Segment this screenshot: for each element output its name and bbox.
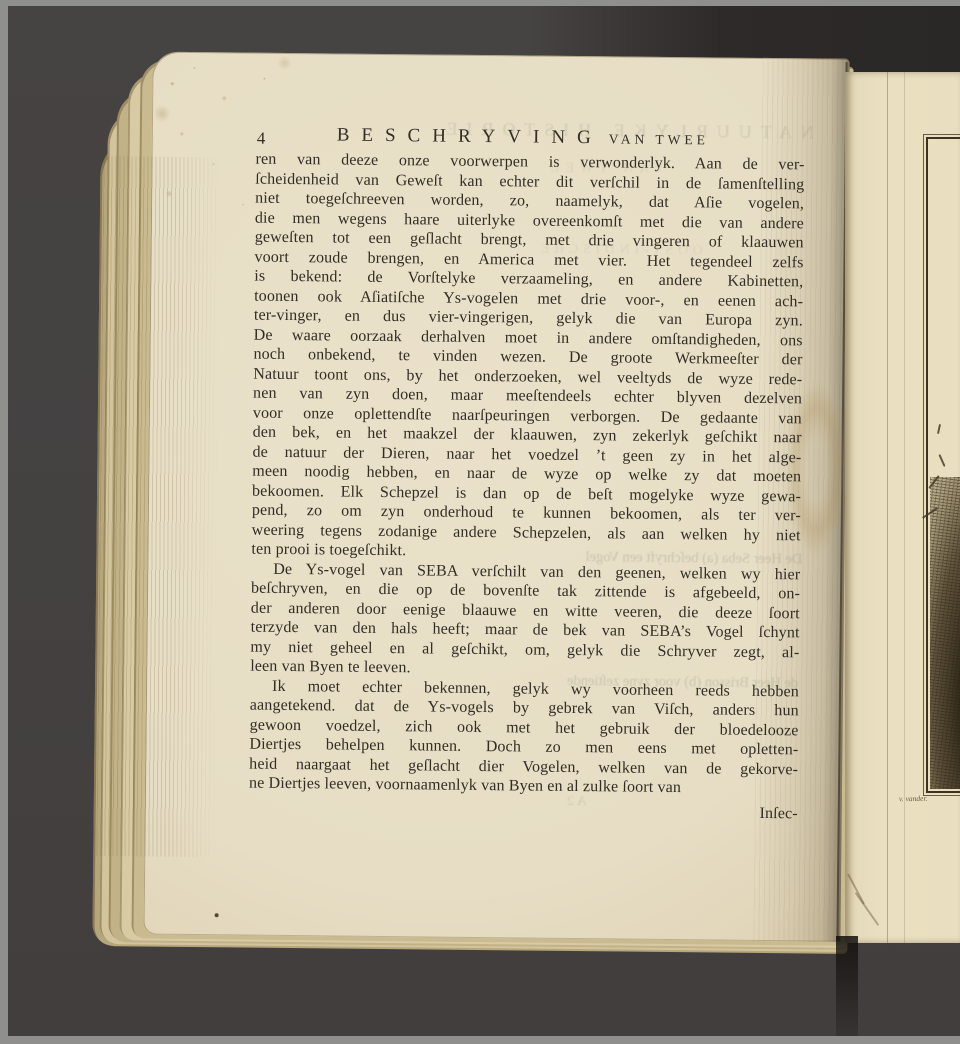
plate-frame	[923, 134, 960, 796]
gutter-shadow-bottom	[836, 936, 858, 1036]
page-fore-edge-texture	[96, 156, 221, 857]
page-crease	[855, 892, 880, 926]
scanned-book-photo: NATUURLYKE HISTORIE VAN TWEE OOST-INDISC…	[0, 0, 960, 1044]
plate-engraving	[930, 477, 960, 789]
running-title-main: BESCHRYVING	[337, 124, 603, 148]
facing-plate-page: v. vander.	[845, 72, 960, 943]
running-title-sub: VAN TWEE	[609, 131, 709, 147]
page-fold-line	[904, 72, 905, 943]
page-number: 4	[257, 129, 266, 149]
running-title: BESCHRYVINGVAN TWEE	[337, 124, 709, 150]
page-fold-line	[887, 72, 888, 943]
plate-caption: v. vander.	[899, 794, 928, 803]
text-lines: ren van deeze onze voorwerpen is verwond…	[249, 150, 805, 799]
body-text: ren van deeze onze voorwerpen is verwond…	[249, 150, 805, 824]
book-left-page-group: NATUURLYKE HISTORIE VAN TWEE OOST-INDISC…	[0, 0, 960, 1044]
ink-speck	[215, 913, 219, 917]
